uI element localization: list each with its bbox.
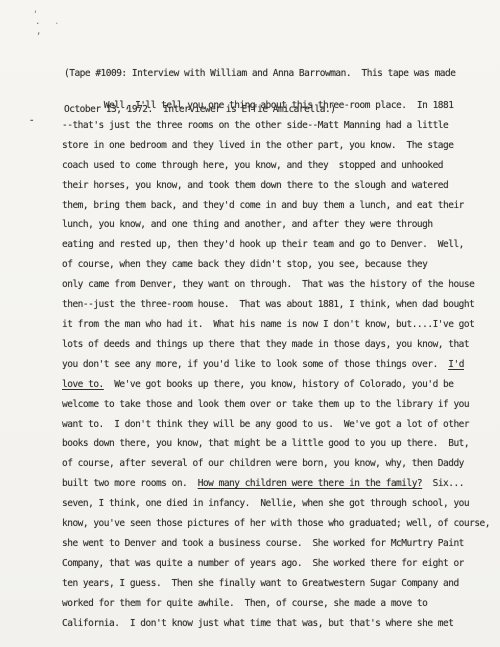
transcript-line: want to. I don't think they will be any …: [62, 415, 490, 435]
transcript-line: lunch, you know, and one thing and anoth…: [62, 215, 490, 235]
transcript-line: Company, that was quite a number of year…: [62, 554, 490, 574]
typed-text: know, you've seen those pictures of her …: [62, 518, 490, 529]
typed-text: only came from Denver, they want on thro…: [62, 279, 474, 290]
underlined-text: love to.: [62, 379, 104, 390]
typed-text: then--just the three-room house. That wa…: [62, 299, 474, 310]
transcript-line: lots of deeds and things up there that t…: [62, 335, 490, 355]
typed-text: lunch, you know, and one thing and anoth…: [62, 219, 433, 230]
typed-text: worked for them for quite awhile. Then, …: [62, 598, 427, 609]
transcript-line: them, bring them back, and they'd come i…: [62, 196, 490, 216]
transcript-line: of course, when they came back they didn…: [62, 255, 490, 275]
typed-text: seven, I think, one died in infancy. Nel…: [62, 498, 469, 509]
transcript-line: coach used to come through here, you kno…: [62, 156, 490, 176]
typed-text: books down there, you know, that might b…: [62, 438, 469, 449]
typed-text: it from the man who had it. What his nam…: [62, 319, 474, 330]
transcript-line: then--just the three-room house. That wa…: [62, 295, 490, 315]
transcript-line: know, you've seen those pictures of her …: [62, 514, 490, 534]
typed-text: Well, I'll tell you one thing about this…: [62, 100, 453, 111]
transcript-line: she went to Denver and took a business c…: [62, 534, 490, 554]
tape-header-line-1: (Tape #1009: Interview with William and …: [64, 68, 455, 80]
typed-text: of course, when they came back they didn…: [62, 259, 427, 270]
transcript-line: built two more rooms on. How many childr…: [62, 474, 490, 494]
transcript-body: Well, I'll tell you one thing about this…: [62, 96, 490, 633]
transcript-line: California. I don't know just what time …: [62, 614, 490, 634]
transcript-line: eating and rested up, then they'd hook u…: [62, 235, 490, 255]
transcript-line: books down there, you know, that might b…: [62, 434, 490, 454]
pencil-mark: ,: [36, 27, 41, 37]
typed-text: California. I don't know just what time …: [62, 618, 453, 629]
transcript-line: only came from Denver, they want on thro…: [62, 275, 490, 295]
typed-text: of course, after several of our children…: [62, 458, 464, 469]
transcript-line: seven, I think, one died in infancy. Nel…: [62, 494, 490, 514]
typed-text: built two more rooms on.: [62, 478, 198, 489]
transcript-line: you don't see any more, if you'd like to…: [62, 355, 490, 375]
transcript-line: Well, I'll tell you one thing about this…: [62, 96, 490, 116]
pencil-mark: .: [35, 17, 40, 27]
typed-text: Company, that was quite a number of year…: [62, 558, 464, 569]
underlined-text: I'd: [448, 359, 464, 370]
transcript-line: ten years, I guess. Then she finally wan…: [62, 574, 490, 594]
typed-text: their horses, you know, and took them do…: [62, 180, 448, 191]
typed-text: lots of deeds and things up there that t…: [62, 339, 469, 350]
typed-text: We've got books up there, you know, hist…: [104, 379, 454, 390]
transcript-line: their horses, you know, and took them do…: [62, 176, 490, 196]
typed-text: coach used to come through here, you kno…: [62, 160, 443, 171]
typed-text: eating and rested up, then they'd hook u…: [62, 239, 464, 250]
transcript-line: welcome to take those and look them over…: [62, 395, 490, 415]
typed-text: --that's just the three rooms on the oth…: [62, 120, 448, 131]
transcript-line: store in one bedroom and they lived in t…: [62, 136, 490, 156]
transcript-line: love to. We've got books up there, you k…: [62, 375, 490, 395]
typed-text: store in one bedroom and they lived in t…: [62, 140, 453, 151]
typed-text: she went to Denver and took a business c…: [62, 538, 464, 549]
pencil-mark: .: [54, 17, 59, 27]
typed-text: welcome to take those and look them over…: [62, 399, 469, 410]
typed-text: you don't see any more, if you'd like to…: [62, 359, 448, 370]
transcript-line: of course, after several of our children…: [62, 454, 490, 474]
scanned-page: ' . . , - (Tape #1009: Interview with Wi…: [0, 0, 500, 647]
pencil-mark: -: [29, 116, 34, 126]
typed-text: Six...: [422, 478, 464, 489]
underlined-text: How many children were there in the fami…: [198, 478, 422, 489]
typed-text: them, bring them back, and they'd come i…: [62, 200, 464, 211]
typed-text: ten years, I guess. Then she finally wan…: [62, 578, 459, 589]
transcript-line: it from the man who had it. What his nam…: [62, 315, 490, 335]
transcript-line: worked for them for quite awhile. Then, …: [62, 594, 490, 614]
typed-text: want to. I don't think they will be any …: [62, 419, 469, 430]
transcript-line: --that's just the three rooms on the oth…: [62, 116, 490, 136]
